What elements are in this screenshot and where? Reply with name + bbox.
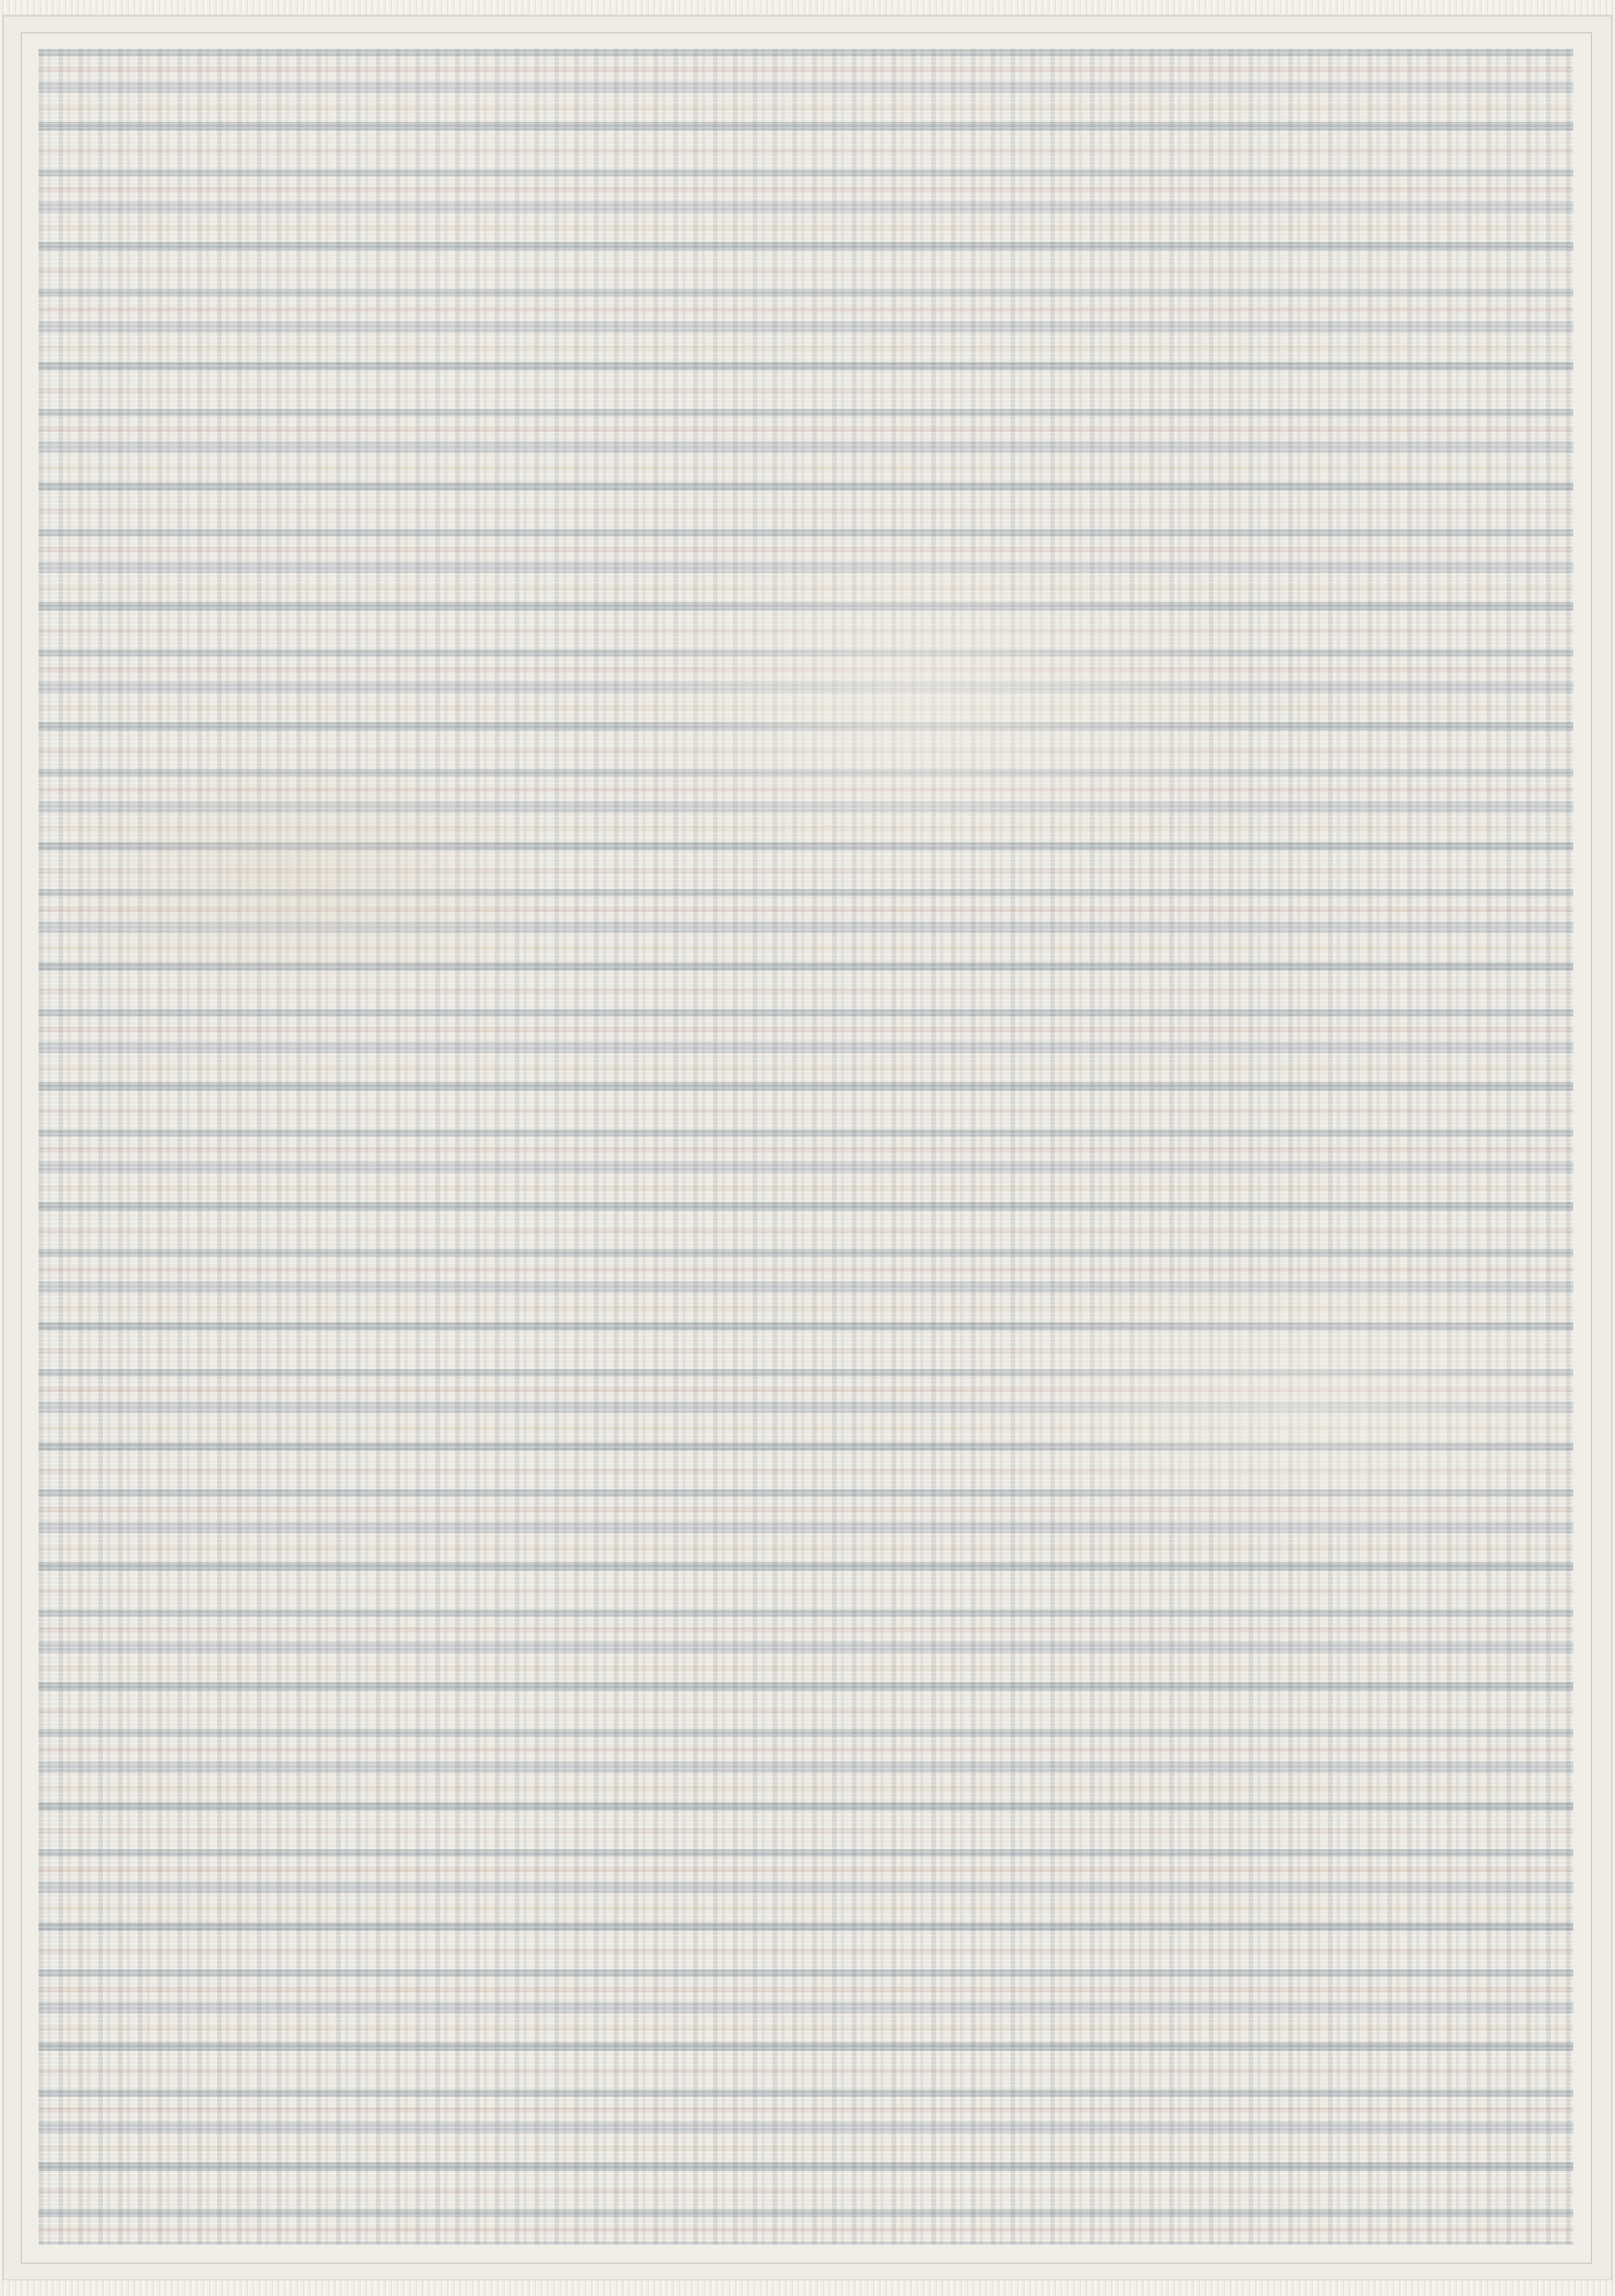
rug <box>2 15 1613 2281</box>
rug-field-wash <box>39 49 1573 2245</box>
top-fringe <box>0 0 1615 16</box>
bottom-fringe <box>0 2280 1615 2296</box>
